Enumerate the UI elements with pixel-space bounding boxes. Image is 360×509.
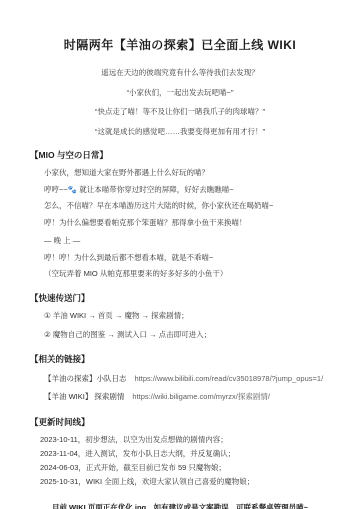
- scene-divider: — 晚 上 —: [44, 237, 360, 245]
- announcement-document: 时隔两年【羊油の探索】已全面上线 WIKI 遥远在天边的彼端究竟有什么等待我们去…: [0, 0, 360, 509]
- timeline-entry: 2024-06-03，正式开始，截至目前已发布 59 只魔物娘；: [40, 464, 360, 472]
- link-row: 【羊油 WIKI】 探索剧情 https://wiki.biligame.com…: [44, 391, 360, 402]
- intro-line: “快点走了喵！等不及让你们一睹我爪子的肉球喵？”: [0, 108, 360, 116]
- dialogue-line: 哼！为什么偏想要看帕克那个笨蛋喵？那得拿小鱼干来换喵！: [44, 219, 360, 227]
- section-update-timeline: 【更新时间线】 2023-10-11，初步想法，以空为出发点想做的剧情内容； 2…: [30, 416, 360, 486]
- footer-note: 目前 WIKI 页面正在优化 ing，如有建议或是文案勘误，可联系餐桌管理员喵~: [0, 502, 360, 509]
- portal-path-item: ① 羊油 WIKI → 首页 → 魔物 → 探索剧情；: [44, 312, 360, 320]
- paw-icon: 🐾: [68, 186, 77, 194]
- section-heading: 【相关的链接】: [30, 353, 360, 365]
- dialogue-line: 怎么，不信喵？早在本喵游历这片大陆的时候，你小家伙还在喝奶喵~: [44, 202, 360, 210]
- dialogue-line: 小家伙，想知道大家在野外都遇上什么好玩的喵？: [44, 169, 360, 177]
- section-related-links: 【相关的链接】 【羊油の探索】小队日志 https://www.bilibili…: [30, 353, 360, 402]
- portal-path-item: ② 魔物自己的图鉴 → 测试入口 → 点击即可进入；: [44, 331, 360, 339]
- link-label: 【羊油の探索】小队日志: [44, 373, 127, 384]
- dialogue-line: 哼哼~~🐾 就让本喵带你穿过时空的屏障，好好去瞧瞧喵~: [44, 186, 360, 194]
- dialogue-line: 哼！哼！为什么到最后都不想看本喵，就是不乖喵~: [44, 254, 360, 262]
- intro-block: 遥远在天边的彼端究竟有什么等待我们去发现？ “小家伙们，一起出发去玩吧喵~” “…: [0, 69, 360, 135]
- bilibili-link[interactable]: https://www.bilibili.com/read/cv35018978…: [135, 374, 324, 383]
- link-label: 【羊油 WIKI】 探索剧情: [44, 391, 124, 402]
- wiki-link[interactable]: https://wiki.biligame.com/myrzx/探索剧情/: [132, 391, 270, 402]
- intro-line: 遥远在天边的彼端究竟有什么等待我们去发现？: [0, 69, 360, 77]
- timeline-entry: 2023-10-11，初步想法，以空为出发点想做的剧情内容；: [40, 436, 360, 444]
- page-title: 时隔两年【羊油の探索】已全面上线 WIKI: [0, 36, 360, 53]
- timeline-entry: 2023-11-04，进入测试，发布小队日志大纲，并反复确认；: [40, 450, 360, 458]
- section-heading: 【更新时间线】: [30, 416, 360, 428]
- dialogue-line: （空玩弄着 MIO 从帕克那里要来的好多好多的小鱼干）: [44, 270, 360, 278]
- intro-line: “小家伙们，一起出发去玩吧喵~”: [0, 89, 360, 97]
- intro-line: “这就是成长的感觉吧……我要变得更加有用才行！”: [0, 128, 360, 136]
- timeline-entry: 2025-10-31，WIKI 全面上线，欢迎大家认领自己喜爱的魔物娘；: [40, 478, 360, 486]
- dialogue-text: 就让本喵带你穿过时空的屏障，好好去瞧瞧喵~: [77, 185, 233, 194]
- link-row: 【羊油の探索】小队日志 https://www.bilibili.com/rea…: [44, 373, 360, 384]
- section-heading: 【MIO 与空の日常】: [30, 149, 360, 161]
- section-quick-portal: 【快速传送门】 ① 羊油 WIKI → 首页 → 魔物 → 探索剧情； ② 魔物…: [30, 292, 360, 339]
- section-mio-daily: 【MIO 与空の日常】 小家伙，想知道大家在野外都遇上什么好玩的喵？ 哼哼~~🐾…: [30, 149, 360, 278]
- section-heading: 【快速传送门】: [30, 292, 360, 304]
- dialogue-text: 哼哼~~: [44, 185, 68, 194]
